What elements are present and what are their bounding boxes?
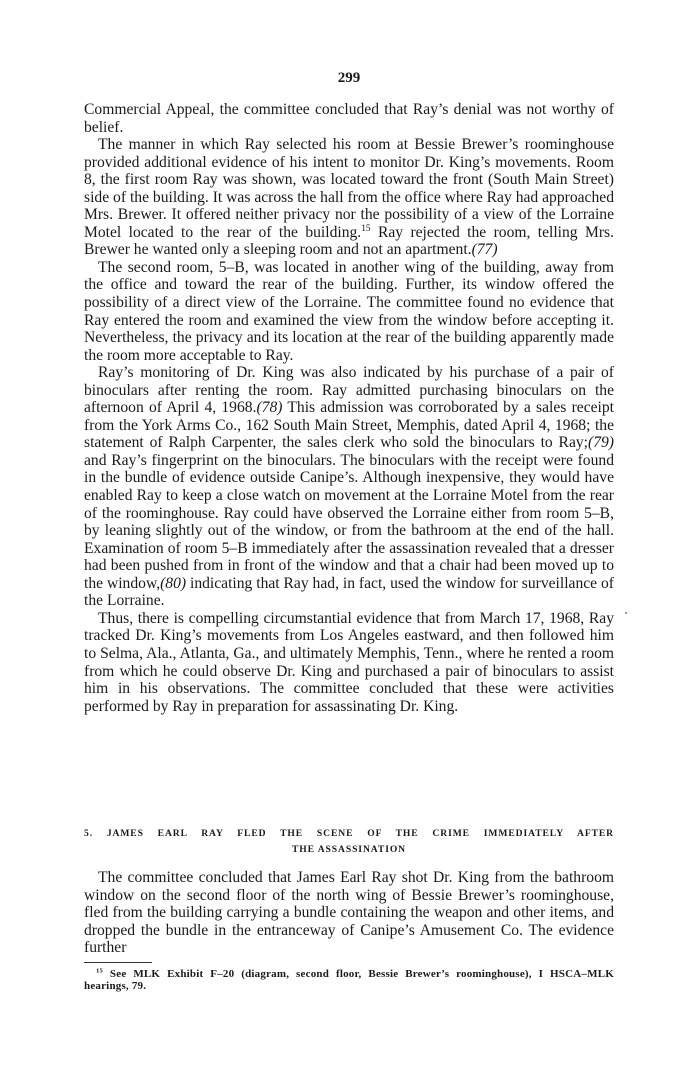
body-text: Commercial Appeal, the committee conclud… — [84, 101, 614, 715]
footnote-reference: 15 — [361, 224, 370, 234]
section-heading: 5. JAMES EARL RAY FLED THE SCENE OF THE … — [84, 826, 614, 858]
citation: (77) — [472, 241, 498, 258]
paragraph-conclusion: Thus, there is compelling circumstantial… — [84, 610, 614, 715]
paragraph-text: and Ray’s fingerprint on the binoculars.… — [84, 452, 614, 592]
footnote-divider — [84, 962, 152, 963]
paragraph-continued: Commercial Appeal, the committee conclud… — [84, 101, 614, 136]
paragraph-room-selection: The manner in which Ray selected his roo… — [84, 136, 614, 259]
paragraph-second-room: The second room, 5–B, was located in ano… — [84, 259, 614, 364]
footnote: 15 See MLK Exhibit F–20 (diagram, second… — [84, 968, 614, 992]
paragraph-binoculars: Ray’s monitoring of Dr. King was also in… — [84, 364, 614, 610]
citation: (80) — [160, 575, 186, 592]
paragraph-fled-scene: The committee concluded that James Earl … — [84, 869, 614, 957]
citation: (79) — [588, 434, 614, 451]
final-paragraph-block: The committee concluded that James Earl … — [84, 869, 614, 957]
citation: (78) — [256, 399, 282, 416]
section-heading-line2: THE ASSASSINATION — [84, 842, 614, 858]
section-heading-line1: 5. JAMES EARL RAY FLED THE SCENE OF THE … — [84, 826, 614, 842]
footnote-text: See MLK Exhibit F–20 (diagram, second fl… — [84, 968, 614, 992]
page-number: 299 — [0, 70, 691, 87]
scan-speck — [625, 612, 627, 614]
document-page: 299 Commercial Appeal, the committee con… — [0, 0, 691, 1081]
footnote-15: 15 See MLK Exhibit F–20 (diagram, second… — [84, 968, 614, 992]
footnote-marker: 15 — [96, 967, 103, 974]
